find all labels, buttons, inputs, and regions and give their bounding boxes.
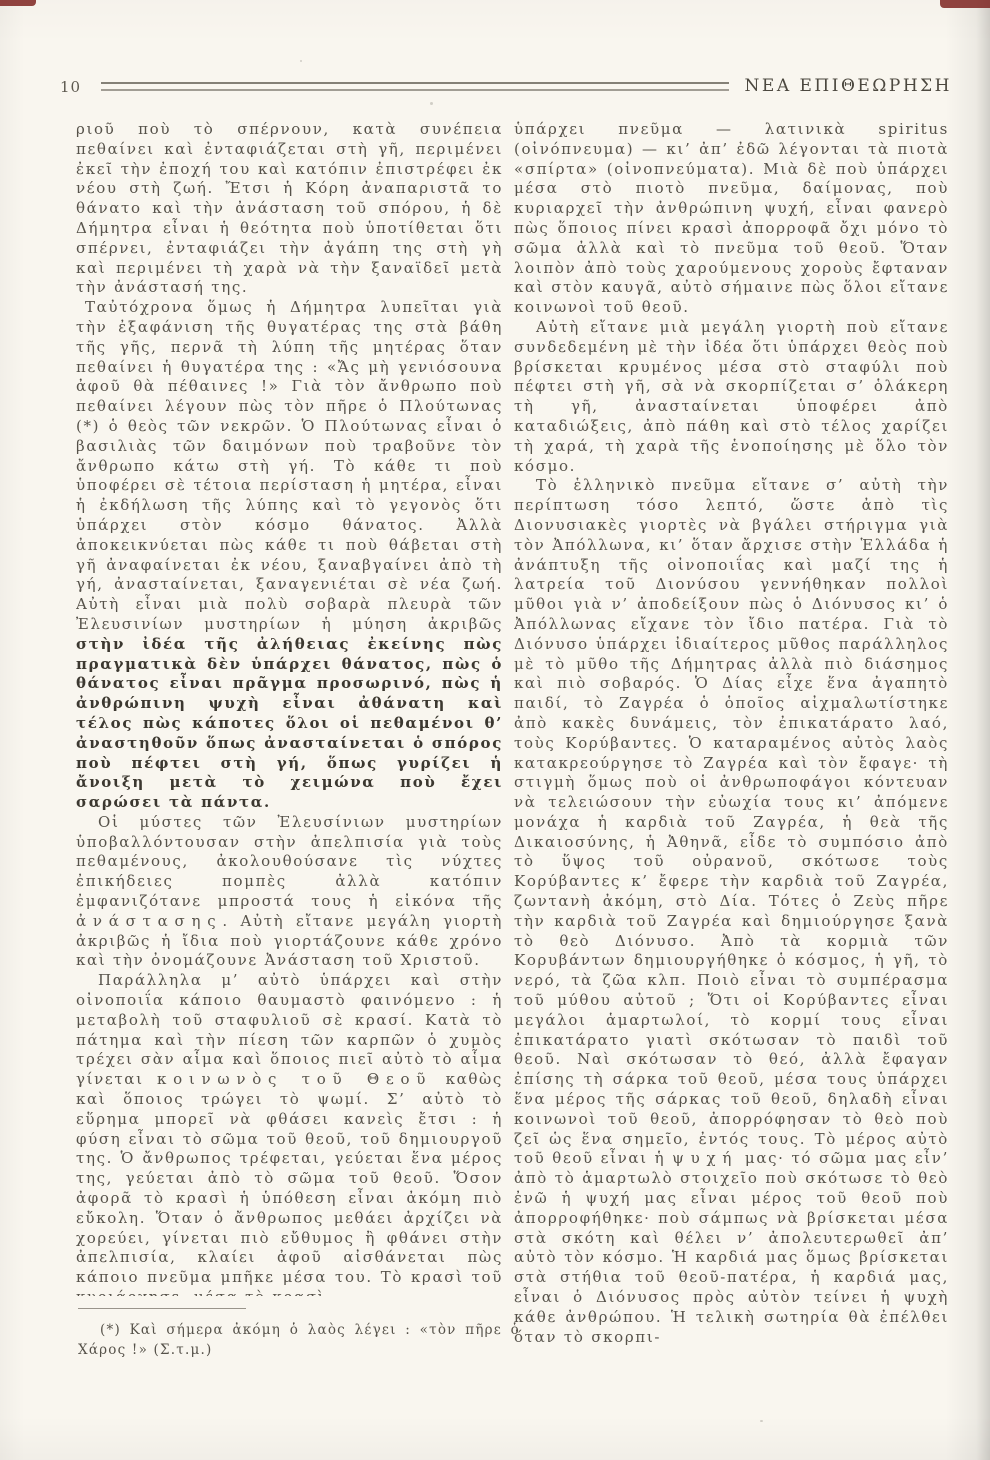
magazine-title: ΝΕΑ ΕΠΙΘΕΩΡΗΣΗ	[745, 76, 952, 96]
footnote: (*) Καὶ σήμερα ἀκόμη ὁ λαὸς λέγει : «τὸν…	[78, 1308, 520, 1360]
body-text: Τὸ ἑλληνικὸ πνεῦμα εἴτανε σ’ αὐτὴ τὴν πε…	[514, 476, 949, 1167]
paragraph: Αὐτὴ εἴτανε μιὰ μεγάλη γιορτὴ ποὺ εἴτανε…	[514, 318, 949, 476]
binding-mark-top-right	[940, 0, 990, 8]
body-text: Ταὐτόχρονα ὅμως ἡ Δήμητρα λυπεῖται γιὰ τ…	[76, 298, 503, 633]
letterspaced-text: ἀνάστασης	[76, 912, 222, 930]
paper-speck	[300, 60, 302, 62]
right-column: ὑπάρχει πνεῦμα — λατινικὰ spiritus (οἰνό…	[514, 120, 949, 1392]
binding-mark-top-left	[0, 0, 36, 6]
body-text: ὑπάρχει πνεῦμα — λατινικὰ spiritus (οἰνό…	[514, 120, 949, 316]
letterspaced-text: κοινωνὸς τοῦ Θεοῦ	[157, 1070, 432, 1088]
page-number: 10	[60, 78, 81, 96]
body-text: Αὐτὴ εἴτανε μιὰ μεγάλη γιορτὴ ποὺ εἴτανε…	[514, 318, 949, 475]
footnote-rule	[78, 1308, 246, 1309]
paragraph-continuation: ὑπάρχει πνεῦμα — λατινικὰ spiritus (οἰνό…	[514, 120, 949, 318]
paragraph: Ταὐτόχρονα ὅμως ἡ Δήμητρα λυπεῖται γιὰ τ…	[76, 298, 503, 813]
text-columns: ριοῦ ποὺ τὸ σπέρνουν, κατὰ συνέπεια πεθα…	[76, 120, 949, 1392]
body-text: Οἱ μύστες τῶν Ἐλευσίνιων μυστηρίων ὑποβα…	[76, 813, 503, 910]
page-header: 10 ΝΕΑ ΕΠΙΘΕΩΡΗΣΗ	[60, 76, 952, 96]
emphasized-text: στὴν ἰδέα τῆς ἀλήθειας ἐκείνης πὼς πραγμ…	[76, 635, 503, 811]
letterspaced-text: ψυχή	[672, 1149, 738, 1167]
body-text: καθὼς καὶ ὅποιος τρώγει τὸ ψωμί. Σ’ αὐτὸ…	[76, 1070, 503, 1296]
paper-speck	[760, 1420, 763, 1422]
paragraph: Παράλληλα μ’ αὐτὸ ὑπάρχει καὶ στὴν οἰνοπ…	[76, 971, 503, 1296]
scanned-page: 10 ΝΕΑ ΕΠΙΘΕΩΡΗΣΗ ριοῦ ποὺ τὸ σπέρνουν, …	[0, 0, 990, 1460]
left-column: ριοῦ ποὺ τὸ σπέρνουν, κατὰ συνέπεια πεθα…	[76, 120, 503, 1296]
header-double-rule	[101, 82, 728, 91]
body-text: ριοῦ ποὺ τὸ σπέρνουν, κατὰ συνέπεια πεθα…	[76, 120, 503, 296]
paragraph: Τὸ ἑλληνικὸ πνεῦμα εἴτανε σ’ αὐτὴ τὴν πε…	[514, 476, 949, 1347]
footnote-text: (*) Καὶ σήμερα ἀκόμη ὁ λαὸς λέγει : «τὸν…	[78, 1320, 520, 1360]
paragraph-continuation: ριοῦ ποὺ τὸ σπέρνουν, κατὰ συνέπεια πεθα…	[76, 120, 503, 298]
paragraph: Οἱ μύστες τῶν Ἐλευσίνιων μυστηρίων ὑποβα…	[76, 813, 503, 971]
paper-speck	[430, 102, 433, 105]
body-text: μας· τό σῶμα μας εἶν’ ἀπὸ τὸ ἁμαρτωλὸ στ…	[514, 1149, 949, 1345]
